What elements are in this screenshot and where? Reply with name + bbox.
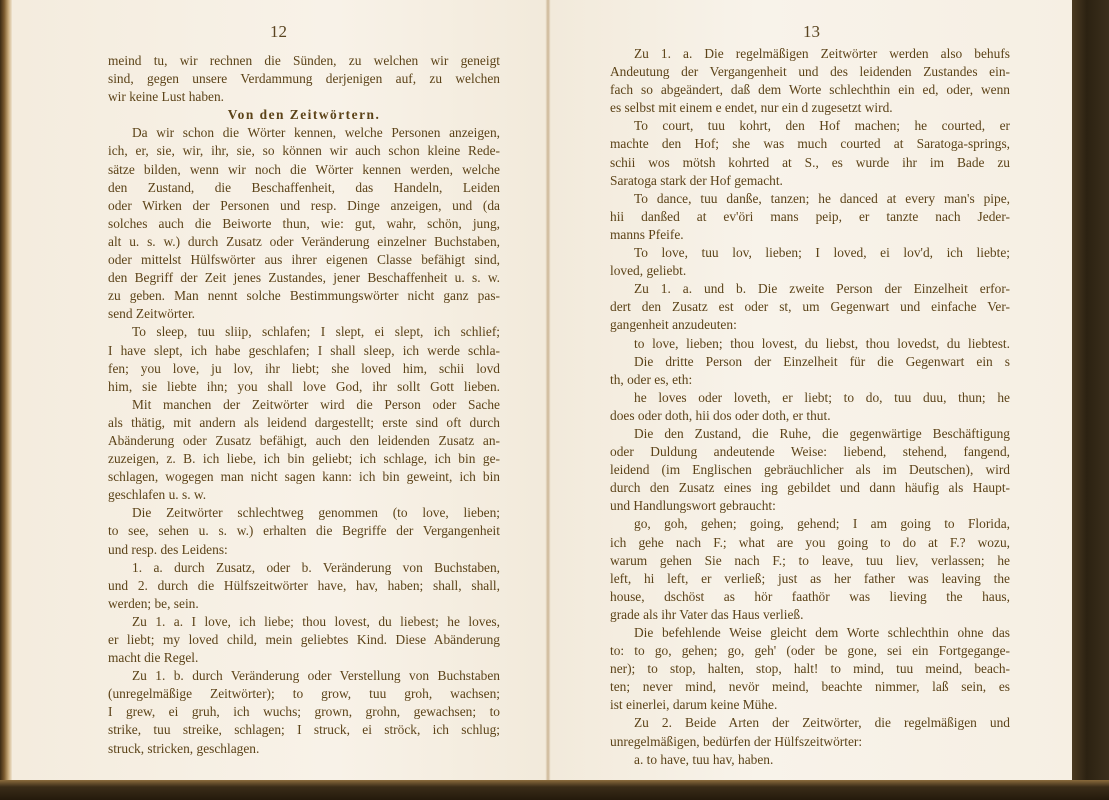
text-line: ner); to stop, halten, stop, halt! to mi… — [610, 660, 1010, 678]
text-line: ist einerlei, darum keine Mühe. — [610, 696, 1010, 714]
right-page: 13 Zu 1. a. Die regelmäßigen Zeitwörter … — [551, 0, 1072, 780]
text-line: send Zeitwörter. — [108, 305, 500, 323]
text-line: es selbst mit einem e endet, nur ein d z… — [610, 99, 1010, 117]
text-line: schii wos mötsh kohrted at S., es wurde … — [610, 154, 1010, 172]
text-line: Die befehlende Weise gleicht dem Worte s… — [610, 624, 1010, 642]
text-line: he loves oder loveth, er liebt; to do, t… — [610, 389, 1010, 407]
text-line: gangenheit anzudeuten: — [610, 316, 1010, 334]
text-line: does oder doth, hii dos oder doth, er th… — [610, 407, 1010, 425]
page-number-left: 12 — [12, 22, 545, 42]
text-line: Zu 2. Beide Arten der Zeitwörter, die re… — [610, 714, 1010, 732]
text-line: a. to have, tuu hav, haben. — [610, 751, 1010, 769]
text-line: To sleep, tuu sliip, schlafen; I slept, … — [108, 323, 500, 341]
text-line: Saratoga stark der Hof gemacht. — [610, 172, 1010, 190]
text-line: oder mittelst Hülfswörter aus ihrer eige… — [108, 251, 500, 269]
text-line: Abänderung oder Zusatz befähigt, auch de… — [108, 432, 500, 450]
text-line: den Begriff der Zeit jenes Zustandes, je… — [108, 269, 500, 287]
text-line: Die dritte Person der Einzelheit für die… — [610, 353, 1010, 371]
text-line: him, sie liebte ihn; you shall love God,… — [108, 378, 500, 396]
text-line: To love, tuu lov, lieben; I loved, ei lo… — [610, 244, 1010, 262]
left-page: 12 meind tu, wir rechnen die Sünden, zu … — [12, 0, 545, 780]
text-line: I have slept, ich habe geschlafen; I sha… — [108, 342, 500, 360]
page-edge-left — [0, 0, 12, 785]
text-line: to love, lieben; thou lovest, du liebst,… — [610, 335, 1010, 353]
text-line: house, dschöst as hör faathör was lievin… — [610, 588, 1010, 606]
text-line: fach so abgeändert, daß dem Worte schlec… — [610, 81, 1010, 99]
text-line: To dance, tuu danße, tanzen; he danced a… — [610, 190, 1010, 208]
text-line: Zu 1. a. I love, ich liebe; thou lovest,… — [108, 613, 500, 631]
text-line: macht die Regel. — [108, 649, 500, 667]
text-line: loved, geliebt. — [610, 262, 1010, 280]
text-line: den Zustand, die Beschaffenheit, das Han… — [108, 179, 500, 197]
text-line: I grew, ei gruh, ich wuchs; grown, grohn… — [108, 703, 500, 721]
text-line: to: to go, gehen; go, geh' (oder be gone… — [610, 642, 1010, 660]
text-line: und 2. durch die Hülfszeitwörter have, h… — [108, 577, 500, 595]
text-line: hii danßed at ev'öri mans peip, er tanzt… — [610, 208, 1010, 226]
text-line: th, oder es, eth: — [610, 371, 1010, 389]
left-page-text: meind tu, wir rechnen die Sünden, zu wel… — [108, 52, 500, 758]
page-number-right: 13 — [551, 22, 1072, 42]
text-line: durch den Zusatz eines ing gebildet und … — [610, 479, 1010, 497]
text-line: Zu 1. a. und b. Die zweite Person der Ei… — [610, 280, 1010, 298]
text-line: fen; you love, ju lov, ihr liebt; she lo… — [108, 360, 500, 378]
text-line: (unregelmäßige Zeitwörter); to grow, tuu… — [108, 685, 500, 703]
text-line: und resp. des Leidens: — [108, 541, 500, 559]
text-line: Zu 1. b. durch Veränderung oder Verstell… — [108, 667, 500, 685]
text-line: alt u. s. w.) durch Zusatz oder Veränder… — [108, 233, 500, 251]
text-line: Die Zeitwörter schlechtweg genommen (to … — [108, 504, 500, 522]
text-line: werden; be, sein. — [108, 595, 500, 613]
text-line: sätze bilden, wenn wir noch die Wörter k… — [108, 161, 500, 179]
text-line: ich gehe nach F.; what are you going to … — [610, 534, 1010, 552]
text-line: manns Pfeife. — [610, 226, 1010, 244]
text-line: grade als ihr Vater das Haus verließ. — [610, 606, 1010, 624]
text-line: wir keine Lust haben. — [108, 88, 500, 106]
book-spread: 12 meind tu, wir rechnen die Sünden, zu … — [0, 0, 1080, 785]
section-heading: Von den Zeitwörtern. — [108, 106, 500, 124]
text-line: unregelmäßigen, bedürfen der Hülfszeitwö… — [610, 733, 1010, 751]
text-line: ich, er, sie, wir, ihr, sie, so können w… — [108, 142, 500, 160]
text-line: machte den Hof; she was much courted at … — [610, 135, 1010, 153]
text-line: to see, sehen u. s. w.) erhalten die Beg… — [108, 522, 500, 540]
text-line: zuzeigen, z. B. ich liebe, ich bin gelie… — [108, 450, 500, 468]
text-line: als thätig, mit andern als leidend darge… — [108, 414, 500, 432]
scan-border-bottom — [0, 780, 1109, 800]
text-line: er liebt; my loved child, mein geliebtes… — [108, 631, 500, 649]
text-line: leidend (im Englischen gebräuchlicher al… — [610, 461, 1010, 479]
scan-border-right — [1072, 0, 1109, 800]
text-line: 1. a. durch Zusatz, oder b. Veränderung … — [108, 559, 500, 577]
text-line: ten; never mind, nevör meind, beachte ni… — [610, 678, 1010, 696]
text-line: geschlafen u. s. w. — [108, 486, 500, 504]
text-line: Mit manchen der Zeitwörter wird die Pers… — [108, 396, 500, 414]
text-line: zu geben. Man nennt solche Bestimmungswö… — [108, 287, 500, 305]
text-line: oder Wirken der Personen und resp. Dinge… — [108, 197, 500, 215]
text-line: strike, tuu streike, schlagen; I struck,… — [108, 721, 500, 739]
text-line: meind tu, wir rechnen die Sünden, zu wel… — [108, 52, 500, 70]
right-page-text: Zu 1. a. Die regelmäßigen Zeitwörter wer… — [610, 45, 1010, 769]
text-line: warum gehen Sie nach F.; to leave, tuu l… — [610, 552, 1010, 570]
text-line: sind, gegen unsere Verdammung derjenigen… — [108, 70, 500, 88]
text-line: oder Duldung andeutende Weise: liebend, … — [610, 443, 1010, 461]
text-line: Da wir schon die Wörter kennen, welche P… — [108, 124, 500, 142]
text-line: Die den Zustand, die Ruhe, die gegenwärt… — [610, 425, 1010, 443]
text-line: schlagen, wogegen man nicht sagen kann: … — [108, 468, 500, 486]
text-line: Zu 1. a. Die regelmäßigen Zeitwörter wer… — [610, 45, 1010, 63]
text-line: solches auch die Beiworte thun, wie: gut… — [108, 215, 500, 233]
text-line: To court, tuu kohrt, den Hof machen; he … — [610, 117, 1010, 135]
text-line: Andeutung der Vergangenheit und des leid… — [610, 63, 1010, 81]
text-line: go, goh, gehen; going, gehend; I am goin… — [610, 515, 1010, 533]
text-line: und Handlungswort gebraucht: — [610, 497, 1010, 515]
text-line: struck, stricken, geschlagen. — [108, 740, 500, 758]
text-line: left, hi left, er verließ; just as her f… — [610, 570, 1010, 588]
text-line: dert den Zusatz est oder st, um Gegenwar… — [610, 298, 1010, 316]
